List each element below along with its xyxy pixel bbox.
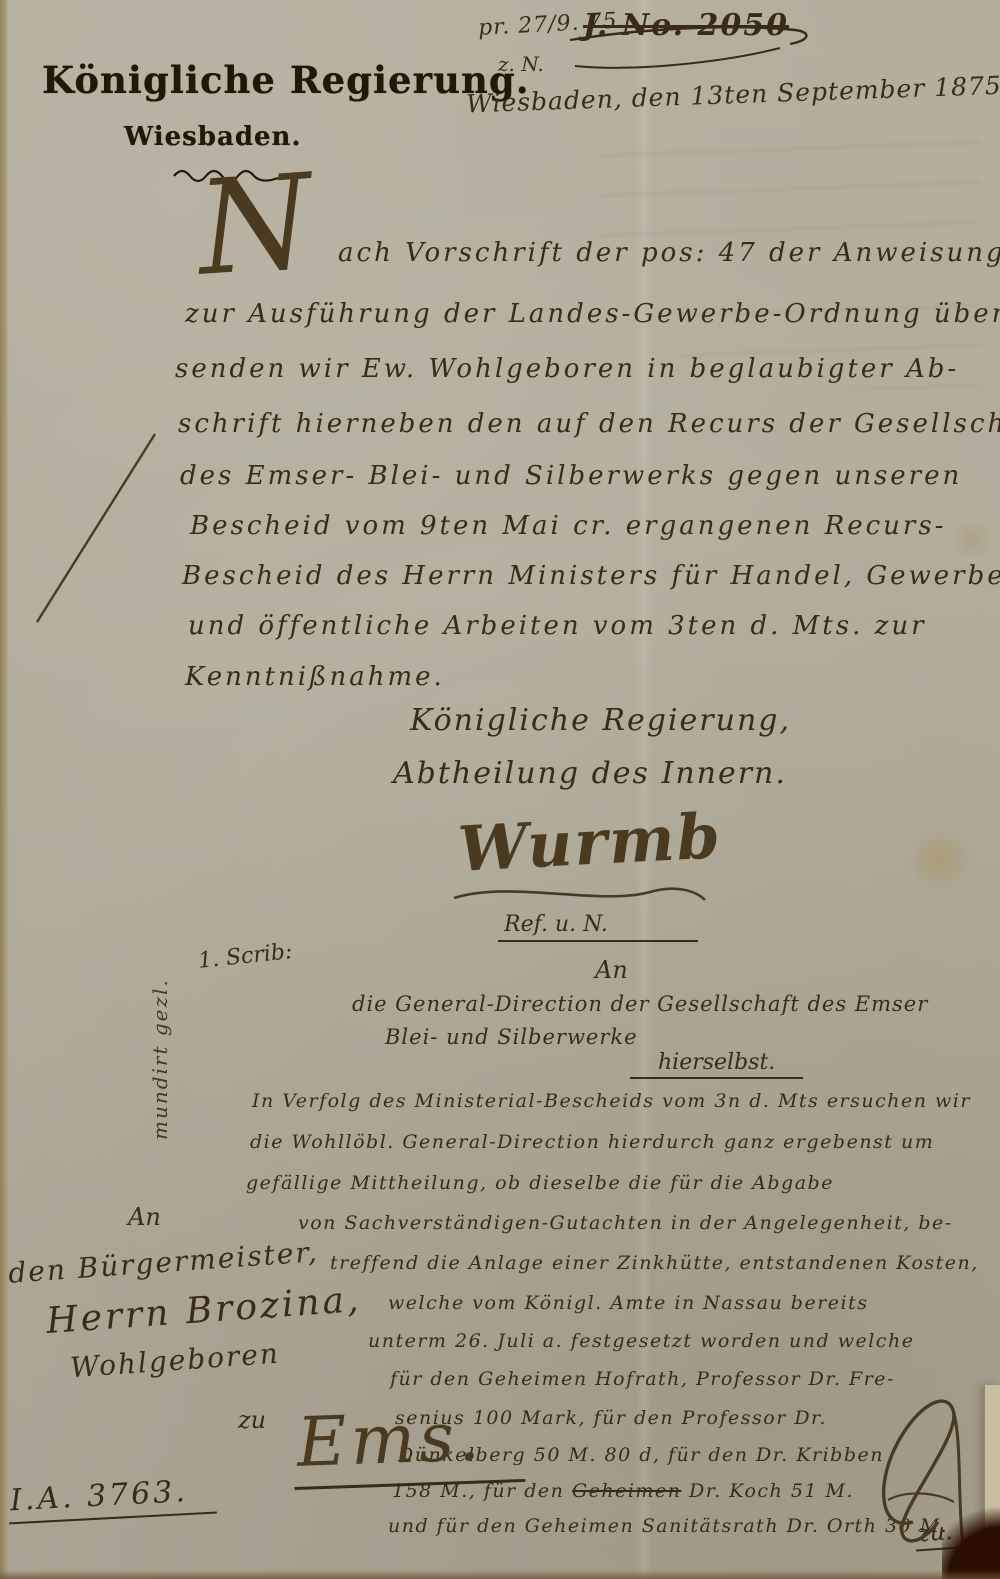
letter-line: Bescheid vom 9ten Mai cr. ergangenen Rec… bbox=[190, 511, 946, 541]
file-number: I.A. 3763. bbox=[7, 1473, 217, 1525]
letter-line: schrift hierneben den auf den Recurs der… bbox=[178, 409, 1000, 439]
registry-note: z. N. bbox=[498, 52, 544, 76]
scanned-letter-page: Königliche Regierung. Wiesbaden. pr. 27/… bbox=[0, 0, 1000, 1579]
directive-place: hierselbst. bbox=[630, 1050, 803, 1079]
directive-line: von Sachverständigen-Gutachten in der An… bbox=[298, 1212, 953, 1234]
fee-line-post: Dr. Koch 51 M. bbox=[681, 1480, 854, 1502]
signature: Wurmb bbox=[456, 799, 723, 886]
address-line: Wohlgeboren bbox=[69, 1337, 281, 1385]
directive-line: für den Geheimen Hofrath, Professor Dr. … bbox=[390, 1368, 895, 1390]
paper-stain bbox=[950, 520, 996, 560]
directive-line: In Verfolg des Ministerial-Bescheids vom… bbox=[252, 1090, 971, 1112]
binding-edge bbox=[0, 0, 9, 1579]
directive-line: unterm 26. Juli a. festgesetzt worden un… bbox=[368, 1330, 914, 1352]
dark-corner-backing bbox=[942, 1499, 1000, 1579]
clerk-marginalia: mundirt gezl. bbox=[148, 925, 172, 1140]
closing-line: Abtheilung des Innern. bbox=[393, 756, 787, 791]
directive-line: welche vom Königl. Amte in Nassau bereit… bbox=[388, 1292, 869, 1314]
fee-line-struck-word: Geheimen bbox=[572, 1480, 681, 1502]
address-line: zu bbox=[238, 1406, 266, 1434]
journal-number-struck: J. No. 2050 bbox=[583, 8, 789, 43]
directive-heading: die General-Direction der Gesellschaft d… bbox=[352, 992, 928, 1016]
letter-line: Kenntnißnahme. bbox=[185, 662, 445, 692]
scrib-note: 1. Scrib: bbox=[197, 939, 294, 974]
address-line: den Bürgermeister, bbox=[7, 1235, 319, 1290]
dateline: Wiesbaden, den 13ten September 1875. bbox=[466, 71, 1000, 119]
letter-line: des Emser- Blei- und Silberwerks gegen u… bbox=[180, 461, 962, 491]
letterhead-title: Königliche Regierung. bbox=[42, 58, 530, 102]
paper-stain bbox=[905, 830, 975, 890]
letter-line: und öffentliche Arbeiten vom 3ten d. Mts… bbox=[188, 611, 927, 641]
bottom-page-edge bbox=[0, 1570, 1000, 1579]
address-line: An bbox=[128, 1203, 161, 1231]
directive-line: treffend die Anlage einer Zinkhütte, ent… bbox=[330, 1252, 979, 1274]
letter-line: zur Ausführung der Landes-Gewerbe-Ordnun… bbox=[185, 299, 1000, 329]
closing-line: Königliche Regierung, bbox=[410, 703, 791, 738]
directive-line: und für den Geheimen Sanitätsrath Dr. Or… bbox=[388, 1515, 948, 1537]
directive-line: die Wohllöbl. General-Direction hierdurc… bbox=[250, 1131, 934, 1153]
address-recipient-name: Herrn Brozina, bbox=[45, 1279, 363, 1342]
letter-line: Bescheid des Herrn Ministers für Handel,… bbox=[182, 561, 1000, 591]
letter-line: senden wir Ew. Wohlgeboren in beglaubigt… bbox=[175, 354, 959, 384]
directive-heading: Blei- und Silberwerke bbox=[385, 1025, 638, 1049]
drop-cap-initial: N bbox=[194, 156, 317, 294]
directive-heading: An bbox=[595, 956, 628, 984]
letter-line: ach Vorschrift der pos: 47 der Anweisung bbox=[338, 238, 1000, 268]
referent-note: Ref. u. N. bbox=[498, 912, 698, 942]
directive-line: gefällige Mittheilung, ob dieselbe die f… bbox=[246, 1172, 834, 1194]
address-place: Ems. bbox=[292, 1396, 526, 1490]
